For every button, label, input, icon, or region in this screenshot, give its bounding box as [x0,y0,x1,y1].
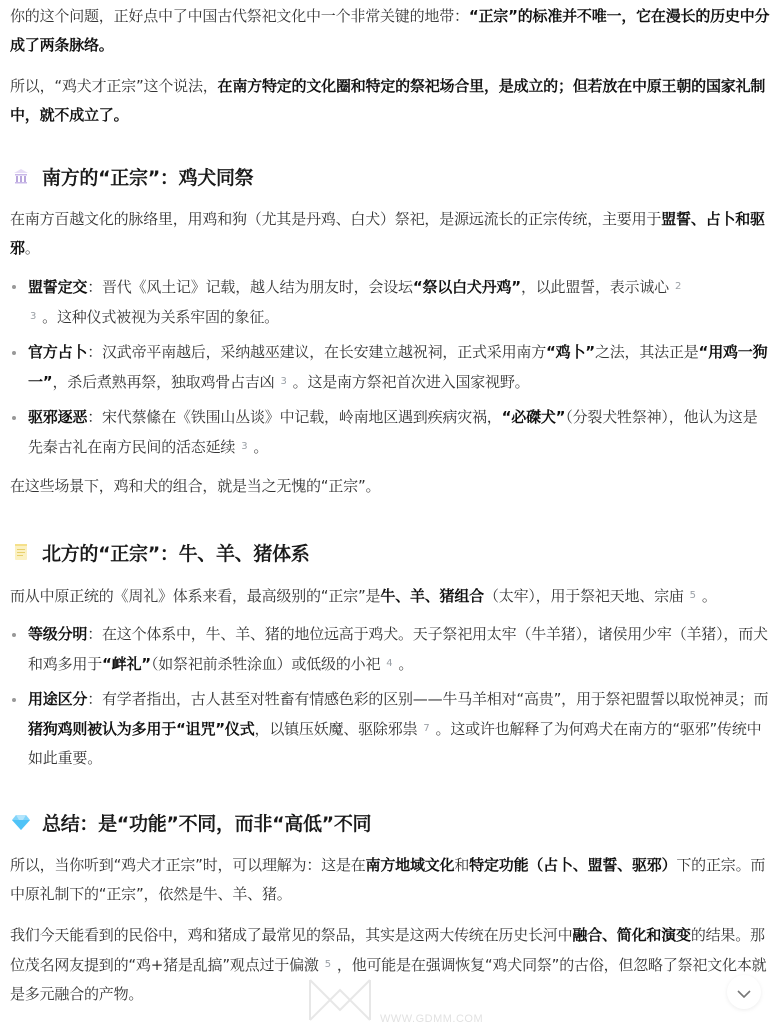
text: ，以此盟誓，表示诚心 [521,278,669,296]
bold-text: “衅礼” [102,655,151,673]
text: 我们今天能看到的民俗中，鸡和猪成了最常见的祭品，其实是这两大传统在历史长河中 [10,926,572,944]
text: ：宋代蔡絛在《铁围山丛谈》中记载，岭南地区遇到疾病灾祸， [87,408,501,426]
scroll-down-button[interactable] [727,975,761,1009]
south-outro: 在这些场景下，鸡和犬的组合，就是当之无愧的“正宗”。 [10,472,770,501]
north-intro: 而从中原正统的《周礼》体系来看，最高级别的“正宗”是牛、羊、猪组合（太牢），用于… [10,581,770,611]
text: 你的这个问题，正好点中了中国古代祭祀文化中一个非常关键的地带： [10,7,469,25]
item-label: 用途区分 [28,690,87,708]
text: 。 [253,438,268,456]
north-list: 等级分明：在这个体系中，牛、羊、猪的地位远高于鸡犬。天子祭祀用太牢（牛羊猪），诸… [10,620,770,773]
text: 和 [454,856,469,874]
bold-text: 特定功能（占卜、盟誓、驱邪） [469,856,676,874]
south-list: 盟誓定交：晋代《风土记》记载，越人结为朋友时，会设坛“祭以白犬丹鸡”，以此盟誓，… [10,272,770,462]
bold-text: “鸡卜” [546,343,595,361]
text: ：晋代《风土记》记载，越人结为朋友时，会设坛 [87,278,413,296]
item-label: 官方占卜 [28,343,87,361]
list-item: 官方占卜：汉武帝平南越后，采纳越巫建议，在长安建立越祝祠，正式采用南方“鸡卜”之… [10,338,770,397]
item-label: 等级分明 [28,625,87,643]
scroll-icon [10,541,32,563]
citation-link[interactable]: 4 [386,649,392,678]
citation-link[interactable]: 3 [280,367,286,396]
item-label: 盟誓定交 [28,278,87,296]
chat-response: 你的这个问题，正好点中了中国古代祭祀文化中一个非常关键的地带：“正宗”的标准并不… [10,0,770,1009]
citation-link[interactable]: 5 [690,581,696,610]
text: 。 [25,239,40,257]
text: 在这些场景下，鸡和犬的组合，就是当之无愧的“正宗”。 [10,477,380,495]
citation-link[interactable]: 3 [30,302,36,331]
bold-text: “必磔犬” [502,408,566,426]
section-title: 总结：是“功能”不同，而非“高低”不同 [42,809,371,836]
intro-paragraph-1: 你的这个问题，正好点中了中国古代祭祀文化中一个非常关键的地带：“正宗”的标准并不… [10,2,770,60]
text: 而从中原正统的《周礼》体系来看，最高级别的“正宗”是 [10,587,380,605]
temple-icon [10,165,32,187]
text: 。这是南方祭祀首次进入国家视野。 [293,373,530,391]
text: ，以镇压妖魔、驱除邪祟 [255,720,418,738]
summary-paragraph-1: 所以，当你听到“鸡犬才正宗”时，可以理解为：这是在南方地域文化和特定功能（占卜、… [10,851,770,909]
bold-text: 南方地域文化 [366,856,455,874]
text: ，杀后煮熟再祭，独取鸡骨占吉凶 [52,373,274,391]
citation-link[interactable]: 7 [423,714,429,743]
citation-link[interactable]: 5 [325,950,331,979]
text: 所以，“鸡犬才正宗”这个说法， [10,77,218,95]
text: ：有学者指出，古人甚至对牲畜有情感色彩的区别——牛马羊相对“高贵”，用于祭祀盟誓… [87,690,768,708]
list-item: 盟誓定交：晋代《风土记》记载，越人结为朋友时，会设坛“祭以白犬丹鸡”，以此盟誓，… [10,272,770,332]
watermark-text: WWW.GDMM.COM [380,1013,483,1025]
bold-text: “祭以白犬丹鸡” [413,278,521,296]
section-heading-summary: 总结：是“功能”不同，而非“高低”不同 [10,807,770,837]
chevron-down-icon [737,983,751,1002]
citation-link[interactable]: 3 [241,432,247,461]
section-heading-south: 南方的“正宗”：鸡犬同祭 [10,161,770,191]
bold-text: 融合、简化和演变 [572,926,690,944]
text: 之法，其法正是 [595,343,699,361]
summary-paragraph-2: 我们今天能看到的民俗中，鸡和猪成了最常见的祭品，其实是这两大传统在历史长河中融合… [10,921,770,1009]
text: （如祭祀前杀牲涂血）或低级的小祀 [151,655,380,673]
section-heading-north: 北方的“正宗”：牛、羊、猪体系 [10,537,770,567]
list-item: 用途区分：有学者指出，古人甚至对牲畜有情感色彩的区别——牛马羊相对“高贵”，用于… [10,685,770,773]
bold-text: 牛、羊、猪组合 [380,587,484,605]
intro-paragraph-2: 所以，“鸡犬才正宗”这个说法，在南方特定的文化圈和特定的祭祀场合里，是成立的；但… [10,72,770,130]
text: 所以，当你听到“鸡犬才正宗”时，可以理解为：这是在 [10,856,366,874]
text: 。 [702,587,717,605]
text: 在南方百越文化的脉络里，用鸡和狗（尤其是丹鸡、白犬）祭祀，是源远流长的正宗传统，… [10,210,661,228]
gem-icon [10,811,32,833]
section-title: 南方的“正宗”：鸡犬同祭 [42,163,253,190]
text: ：汉武帝平南越后，采纳越巫建议，在长安建立越祝祠，正式采用南方 [87,343,546,361]
citation-link[interactable]: 2 [675,272,681,301]
item-label: 驱邪逐恶 [28,408,87,426]
section-title: 北方的“正宗”：牛、羊、猪体系 [42,539,309,566]
text: （太牢），用于祭祀天地、宗庙 [484,587,684,605]
text: 。这种仪式被视为关系牢固的象征。 [42,308,279,326]
bold-text: 猪狗鸡则被认为多用于“诅咒”仪式 [28,720,255,738]
list-item: 驱邪逐恶：宋代蔡絛在《铁围山丛谈》中记载，岭南地区遇到疾病灾祸，“必磔犬”（分裂… [10,403,770,462]
list-item: 等级分明：在这个体系中，牛、羊、猪的地位远高于鸡犬。天子祭祀用太牢（牛羊猪），诸… [10,620,770,679]
text: 。 [398,655,413,673]
south-intro: 在南方百越文化的脉络里，用鸡和狗（尤其是丹鸡、白犬）祭祀，是源远流长的正宗传统，… [10,205,770,263]
